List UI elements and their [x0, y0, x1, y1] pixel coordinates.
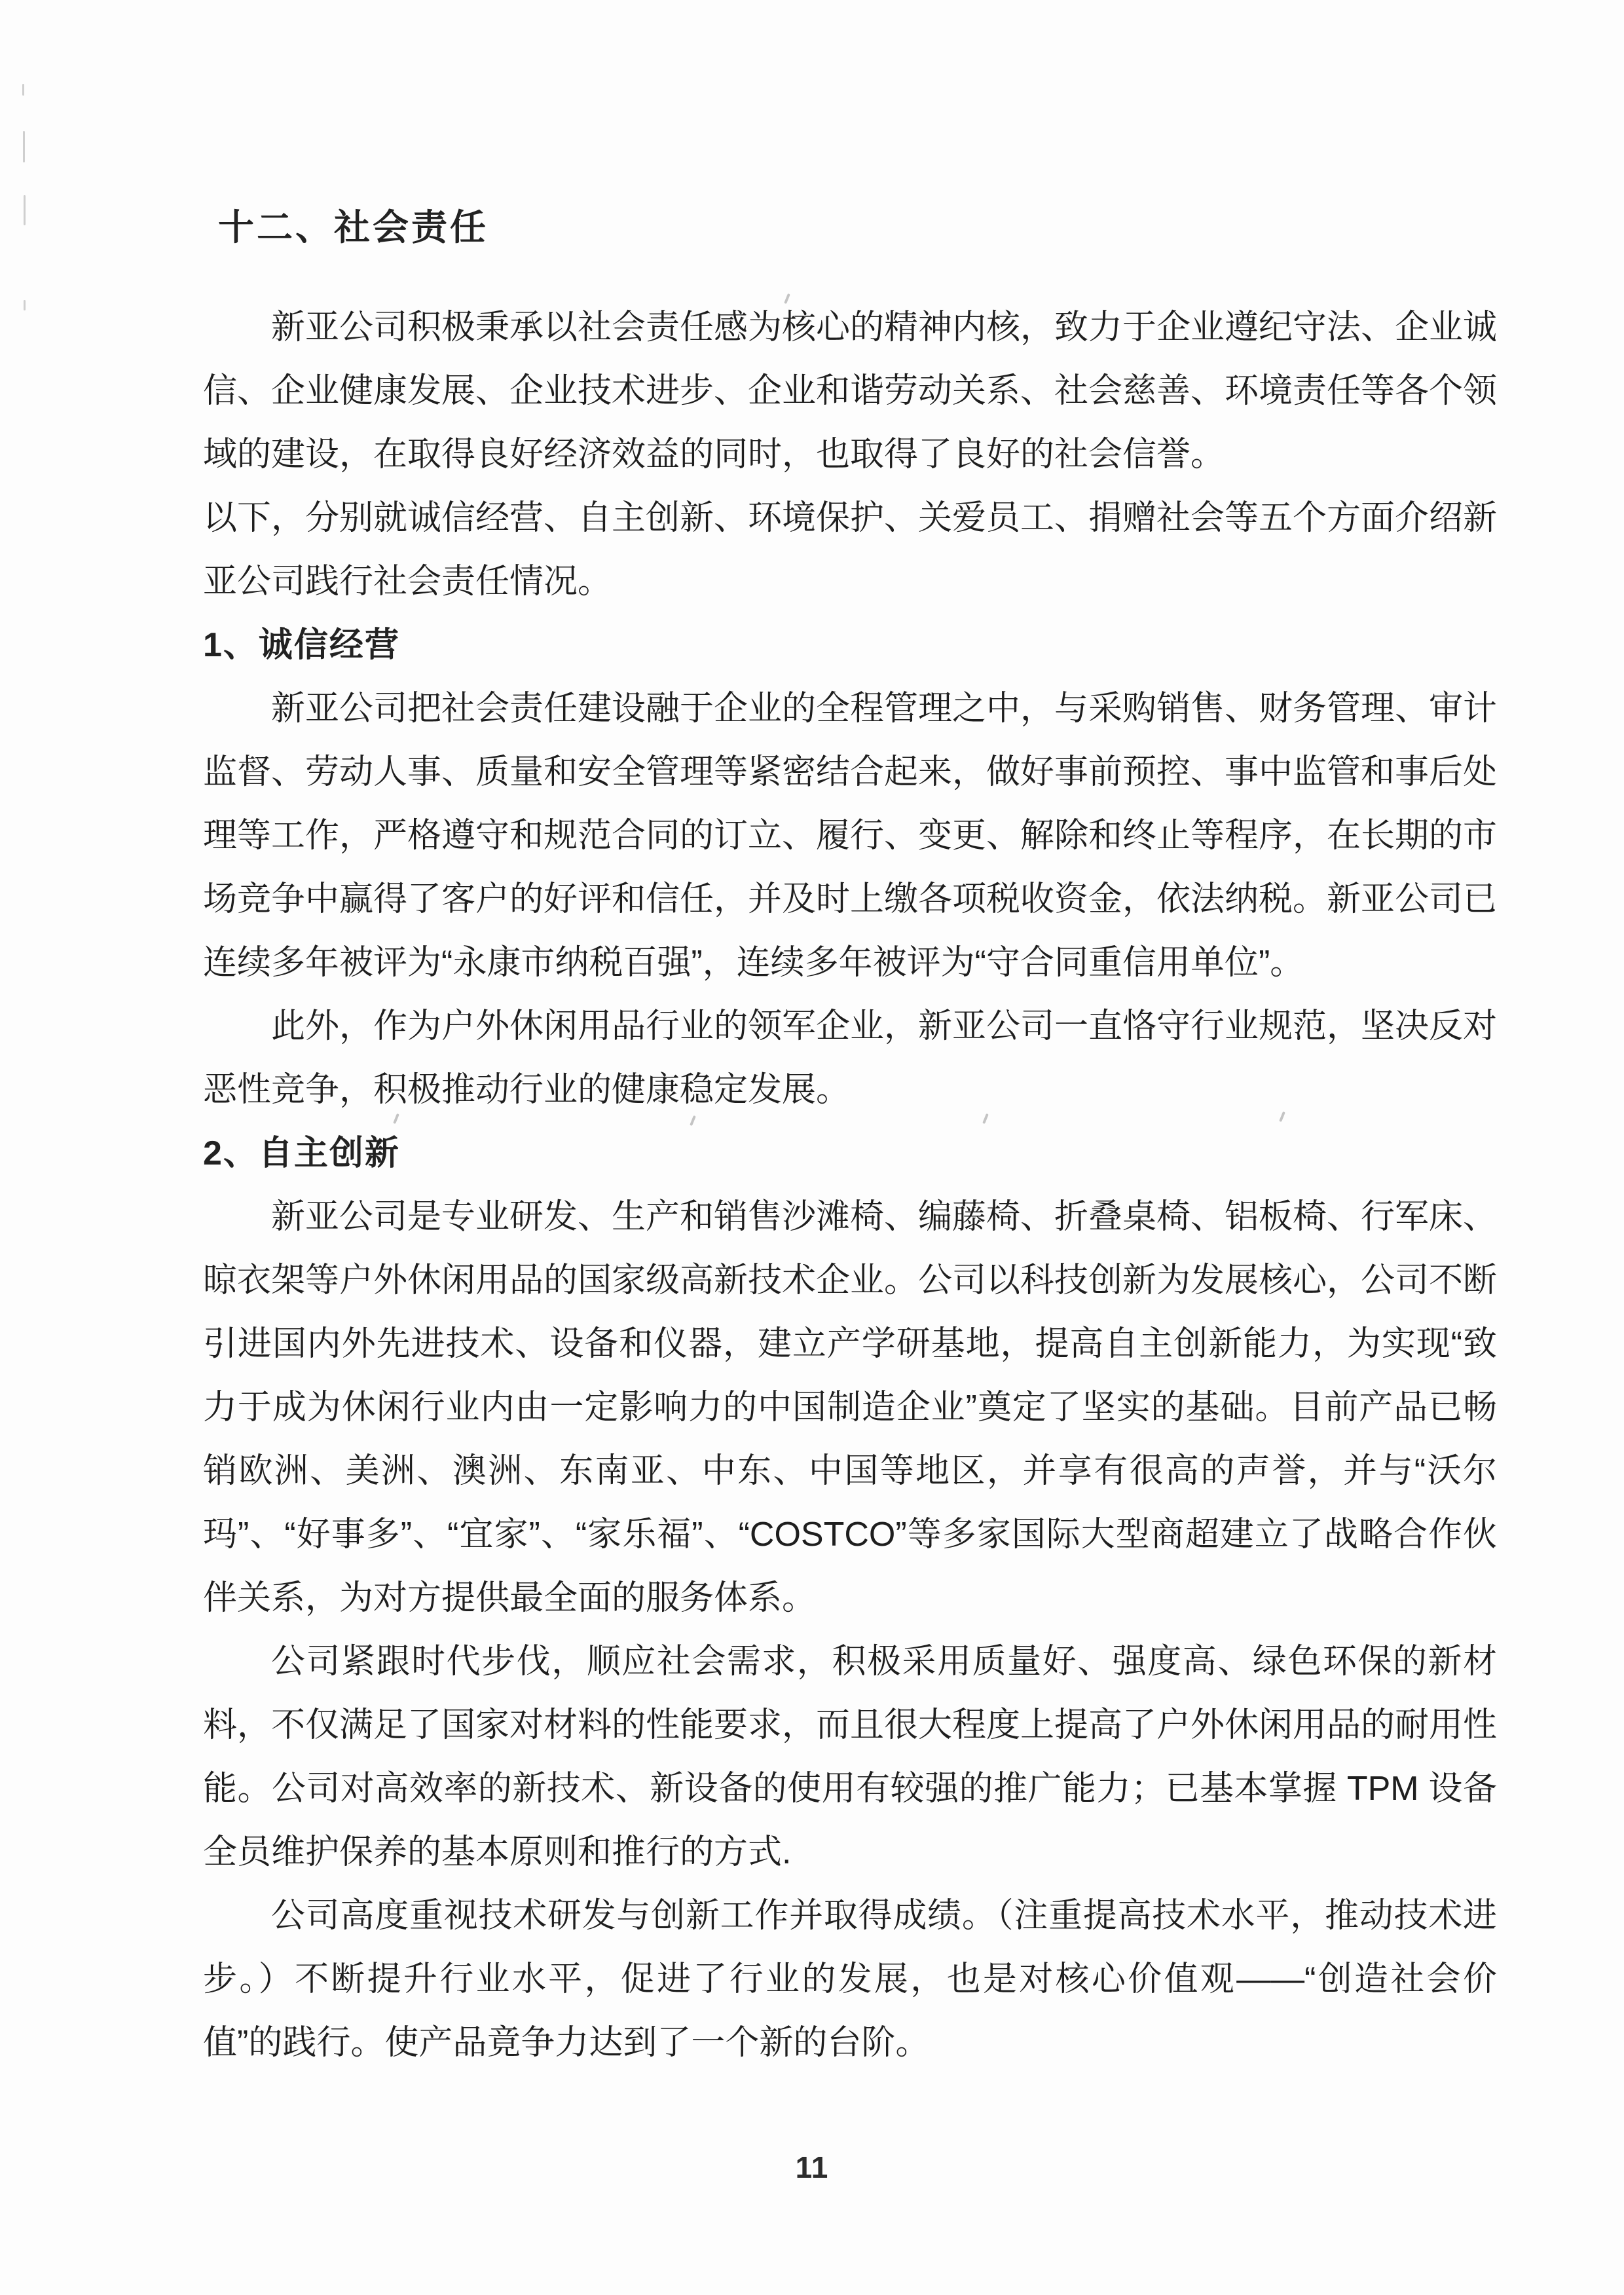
- paragraph-innovation-3: 公司高度重视技术研发与创新工作并取得成绩。（注重提高技术水平，推动技术进步。）不…: [203, 1884, 1497, 2075]
- document-body: 新亚公司积极秉承以社会责任感为核心的精神内核，致力于企业遵纪守法、企业诚信、企业…: [203, 296, 1497, 2075]
- scan-artifact: [24, 300, 26, 310]
- subsection-heading-integrity: 1、诚信经营: [203, 614, 1497, 677]
- page-number: 11: [796, 2150, 829, 2185]
- paragraph-innovation-2: 公司紧跟时代步伐，顺应社会需求，积极采用质量好、强度高、绿色环保的新材料，不仅满…: [203, 1630, 1497, 1884]
- subsection-heading-innovation: 2、自主创新: [203, 1122, 1497, 1185]
- paragraph-overview: 以下，分别就诚信经营、自主创新、环境保护、关爱员工、捐赠社会等五个方面介绍新亚公…: [203, 487, 1497, 614]
- section-title: 十二、社会责任: [218, 204, 489, 250]
- paragraph-intro: 新亚公司积极秉承以社会责任感为核心的精神内核，致力于企业遵纪守法、企业诚信、企业…: [203, 296, 1497, 487]
- document-page: 十二、社会责任 新亚公司积极秉承以社会责任感为核心的精神内核，致力于企业遵纪守法…: [0, 0, 1624, 2295]
- paragraph-integrity-1: 新亚公司把社会责任建设融于企业的全程管理之中，与采购销售、财务管理、审计监督、劳…: [203, 677, 1497, 995]
- scan-artifact: [22, 84, 24, 96]
- paragraph-innovation-1: 新亚公司是专业研发、生产和销售沙滩椅、编藤椅、折叠桌椅、铝板椅、行军床、晾衣架等…: [203, 1185, 1497, 1630]
- scan-artifact: [23, 131, 25, 162]
- paragraph-integrity-2: 此外，作为户外休闲用品行业的领军企业，新亚公司一直恪守行业规范，坚决反对恶性竞争…: [203, 995, 1497, 1122]
- scan-artifact: [24, 195, 26, 225]
